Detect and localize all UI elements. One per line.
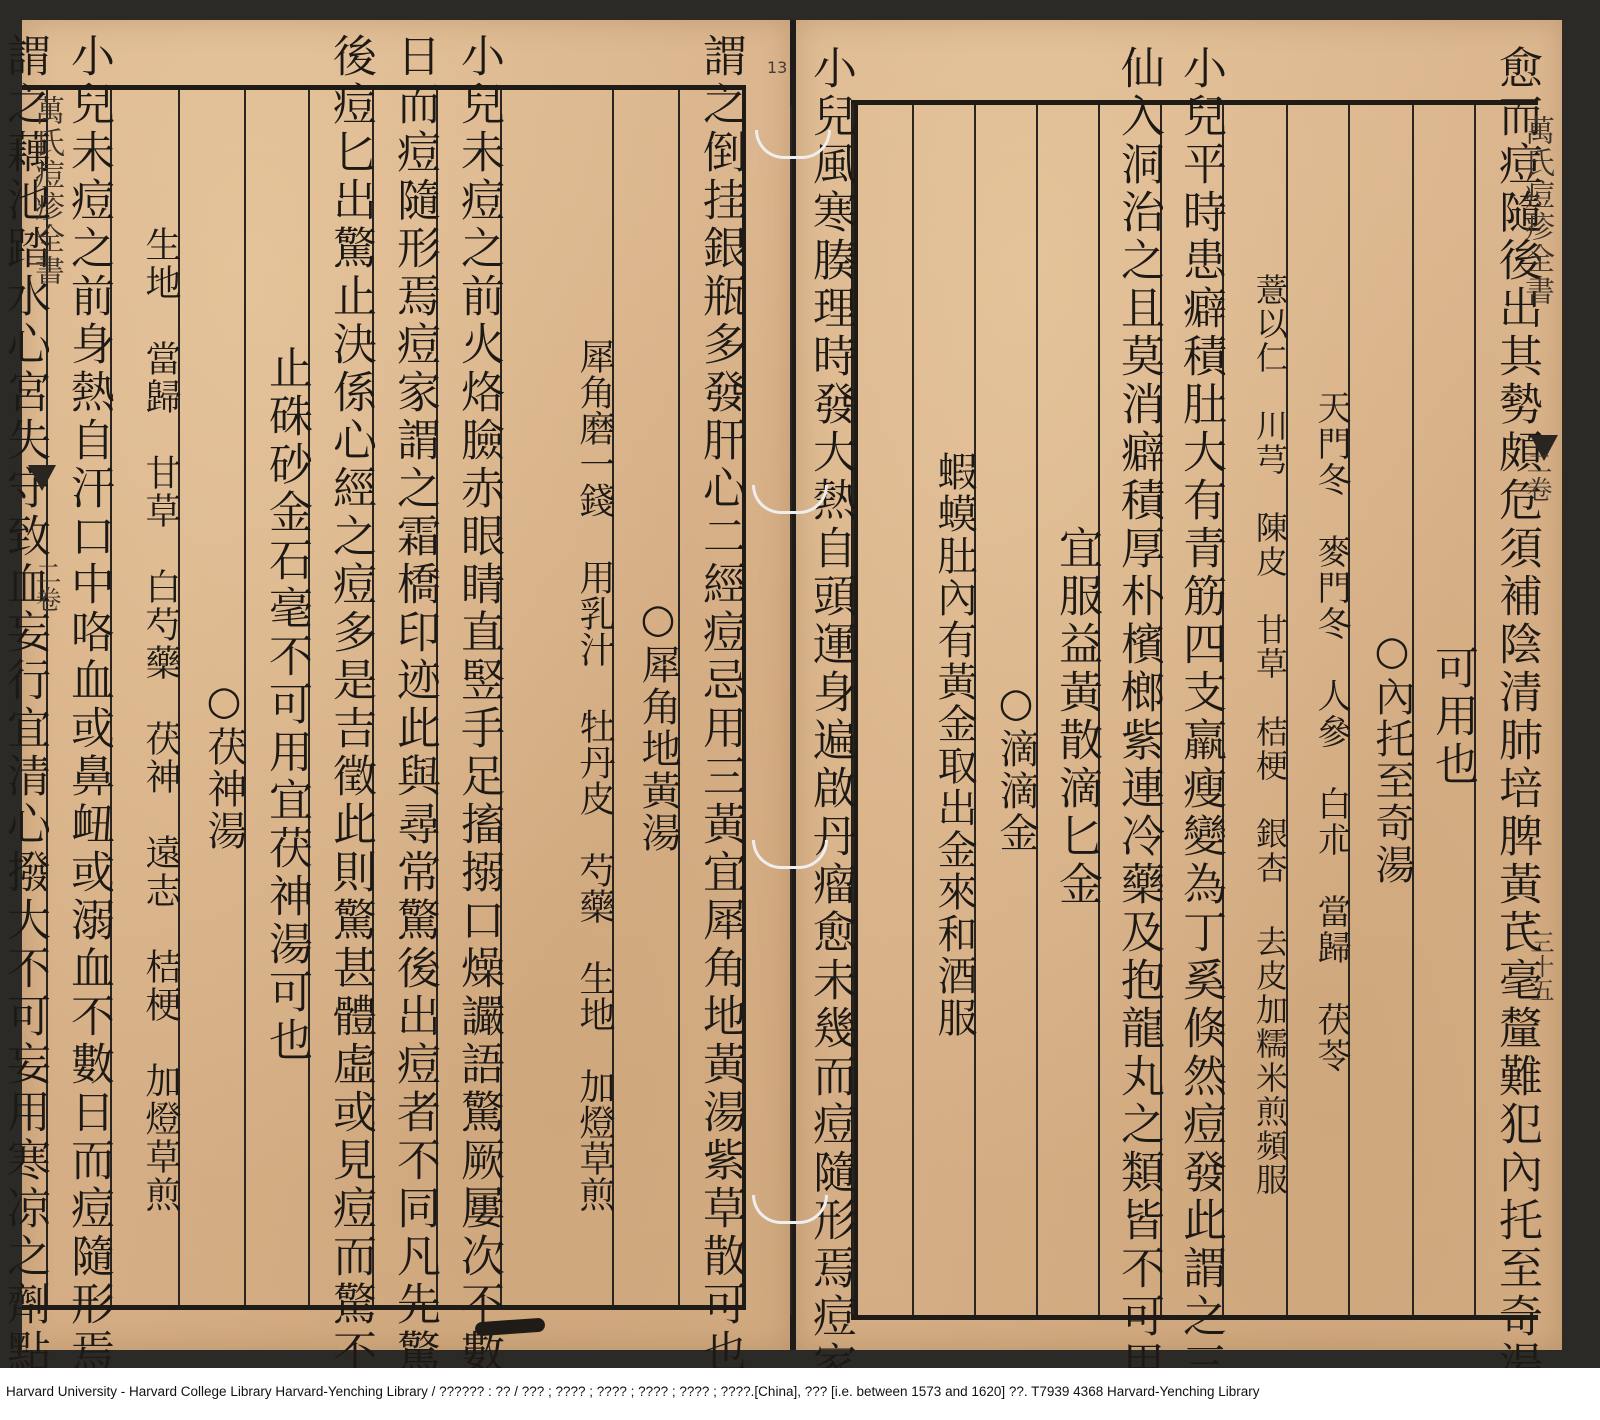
- recipe-title-column: ○內托至奇湯: [1348, 105, 1412, 1315]
- recipe-title-column: ○犀角地黃湯: [612, 90, 678, 1305]
- left-page-frame: 謂之倒挂銀瓶多發肝心二經痘忌用三黃宜犀角地黃湯紫草散可也 ○犀角地黃湯 犀角磨一…: [22, 85, 746, 1310]
- right-page-frame: 愈而痘隨後出其勢頗危須補陰清肺培脾黃芪毫釐難犯內托至奇湯 可用也 ○內托至奇湯 …: [851, 100, 1538, 1320]
- text-column: 止硃砂金石毫不可用宜茯神湯可也: [244, 90, 308, 1305]
- ingredients-column: 生地 當歸 甘草 白芍藥 茯神 遠志 桔梗 加燈草煎: [110, 90, 178, 1305]
- right-page-columns: 愈而痘隨後出其勢頗危須補陰清肺培脾黃芪毫釐難犯內托至奇湯 可用也 ○內托至奇湯 …: [858, 105, 1538, 1315]
- text-column: 宜服益黃散滴匕金: [1036, 105, 1098, 1315]
- text-column: 後痘匕出驚止決係心經之痘多是吉徵此則驚甚體虛或見痘而驚不: [308, 90, 372, 1305]
- text-column: 小兒風寒腠理時發大熱自頭運身遍啟丹瘤愈未幾而痘隨形焉痘家: [790, 105, 852, 1315]
- text-column: 可用也: [1412, 105, 1474, 1315]
- scanned-book-spread: 謂之倒挂銀瓶多發肝心二經痘忌用三黃宜犀角地黃湯紫草散可也 ○犀角地黃湯 犀角磨一…: [0, 0, 1600, 1368]
- fishtail-mark: [28, 465, 56, 491]
- text-column: 謂之倒挂銀瓶多發肝心二經痘忌用三黃宜犀角地黃湯紫草散可也: [678, 90, 742, 1305]
- margin-book-title: 萬氏痘疹全書: [1514, 115, 1558, 307]
- text-column: 小兒平時患癖積肚大有青筋四支羸瘦變為丁奚倏然痘發此謂之三: [1160, 105, 1222, 1315]
- margin-volume-number: 二卷: [28, 560, 65, 612]
- recipe-title-column: ○滴滴金: [974, 105, 1036, 1315]
- text-column: 仙入洞治之且莫消癖積厚朴檳榔紫連冷藥及抱龍丸之類皆不可用: [1098, 105, 1160, 1315]
- pencil-annotation: 13: [767, 58, 787, 77]
- text-column: 日而痘隨形焉痘家謂之霜橋印迹此與尋常驚後出痘者不同凡先驚: [372, 90, 436, 1305]
- recipe-title-column: ○茯神湯: [178, 90, 244, 1305]
- ingredients-column: 犀角磨一錢 用乳汁 牡丹皮 芍藥 生地 加燈草煎: [500, 90, 612, 1305]
- margin-volume-number: 二卷: [1519, 450, 1556, 502]
- margin-folio-number: 三十五: [1523, 930, 1558, 1002]
- left-page: 謂之倒挂銀瓶多發肝心二經痘忌用三黃宜犀角地黃湯紫草散可也 ○犀角地黃湯 犀角磨一…: [22, 20, 790, 1350]
- blank-column: [852, 105, 912, 1315]
- image-caption: Harvard University - Harvard College Lib…: [6, 1372, 1596, 1412]
- left-page-columns: 謂之倒挂銀瓶多發肝心二經痘忌用三黃宜犀角地黃湯紫草散可也 ○犀角地黃湯 犀角磨一…: [22, 90, 742, 1305]
- margin-book-title: 萬氏痘疹全書: [24, 95, 68, 287]
- ingredients-column: 蝦蟆肚內有黃金取出金來和酒服: [912, 105, 974, 1315]
- right-page: 愈而痘隨後出其勢頗危須補陰清肺培脾黃芪毫釐難犯內托至奇湯 可用也 ○內托至奇湯 …: [796, 20, 1562, 1350]
- ingredients-column: 薏以仁 川芎 陳皮 甘草 桔梗 銀杏 去皮加糯米煎頻服: [1222, 105, 1286, 1315]
- ingredients-column: 天門冬 麥門冬 人參 白朮 當歸 茯苓: [1286, 105, 1348, 1315]
- text-column: 小兒未痘之前火烙臉赤眼睛直竪手足搐搦口燥讝語驚厥屢次不數: [436, 90, 500, 1305]
